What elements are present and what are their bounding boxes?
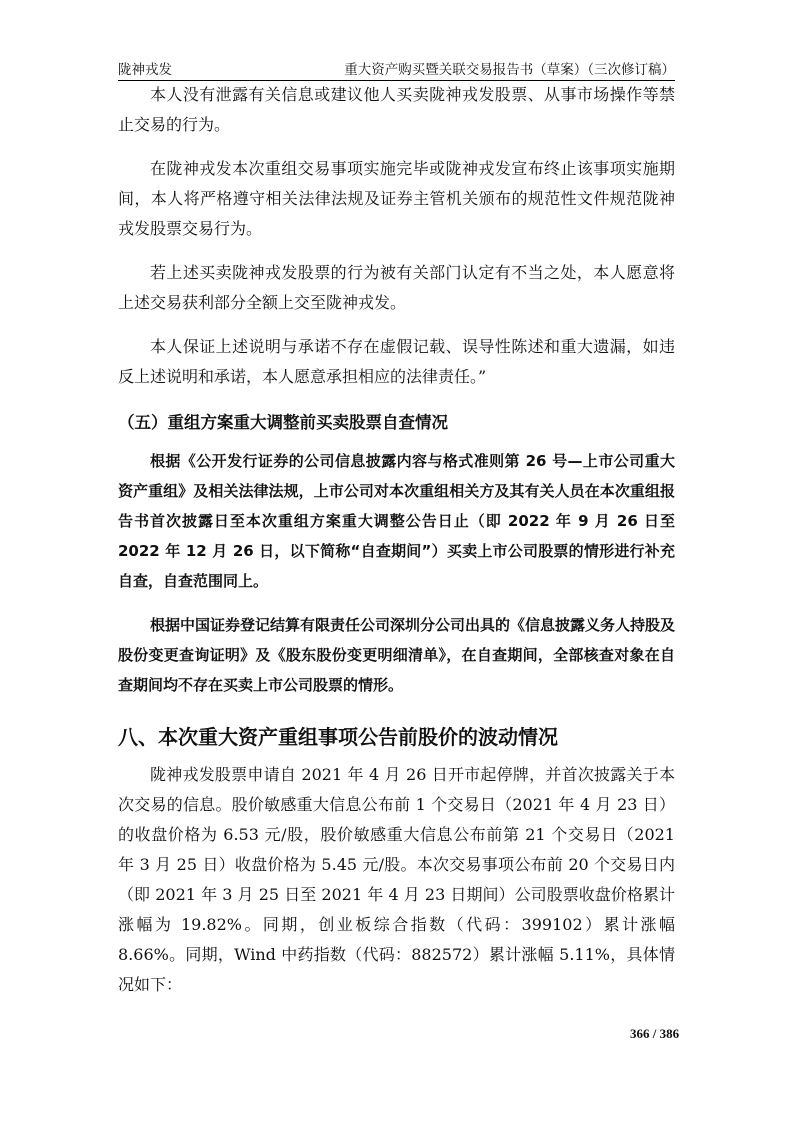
section-heading-8: 八、本次重大资产重组事项公告前股价的波动情况: [118, 720, 675, 754]
section-heading-5: （五）重组方案重大调整前买卖股票自查情况: [118, 408, 675, 438]
paragraph: 根据《公开发行证券的公司信息披露内容与格式准则第 26 号—上市公司重大资产重组…: [118, 446, 675, 596]
page-header: 陇神戎发 重大资产购买暨关联交易报告书（草案）（三次修订稿）: [118, 56, 675, 81]
paragraph: 本人保证上述说明与承诺不存在虚假记载、误导性陈述和重大遗漏，如违反上述说明和承诺…: [118, 332, 675, 392]
paragraph: 若上述买卖陇神戎发股票的行为被有关部门认定有不当之处，本人愿意将上述交易获利部分…: [118, 258, 675, 318]
paragraph: 在陇神戎发本次重组交易事项实施完毕或陇神戎发宣布终止该事项实施期间，本人将严格遵…: [118, 154, 675, 244]
paragraph: 本人没有泄露有关信息或建议他人买卖陇神戎发股票、从事市场操作等禁止交易的行为。: [118, 80, 675, 140]
paragraph: 根据中国证券登记结算有限责任公司深圳分公司出具的《信息披露义务人持股及股份变更查…: [118, 610, 675, 700]
header-doc-title: 重大资产购买暨关联交易报告书（草案）（三次修订稿）: [344, 58, 675, 78]
paragraph: 陇神戎发股票申请自 2021 年 4 月 26 日开市起停牌，并首次披露关于本次…: [118, 760, 675, 1000]
header-company: 陇神戎发: [118, 58, 172, 78]
page-number: 366 / 386: [630, 1026, 679, 1042]
page-body: 本人没有泄露有关信息或建议他人买卖陇神戎发股票、从事市场操作等禁止交易的行为。 …: [118, 80, 675, 1000]
